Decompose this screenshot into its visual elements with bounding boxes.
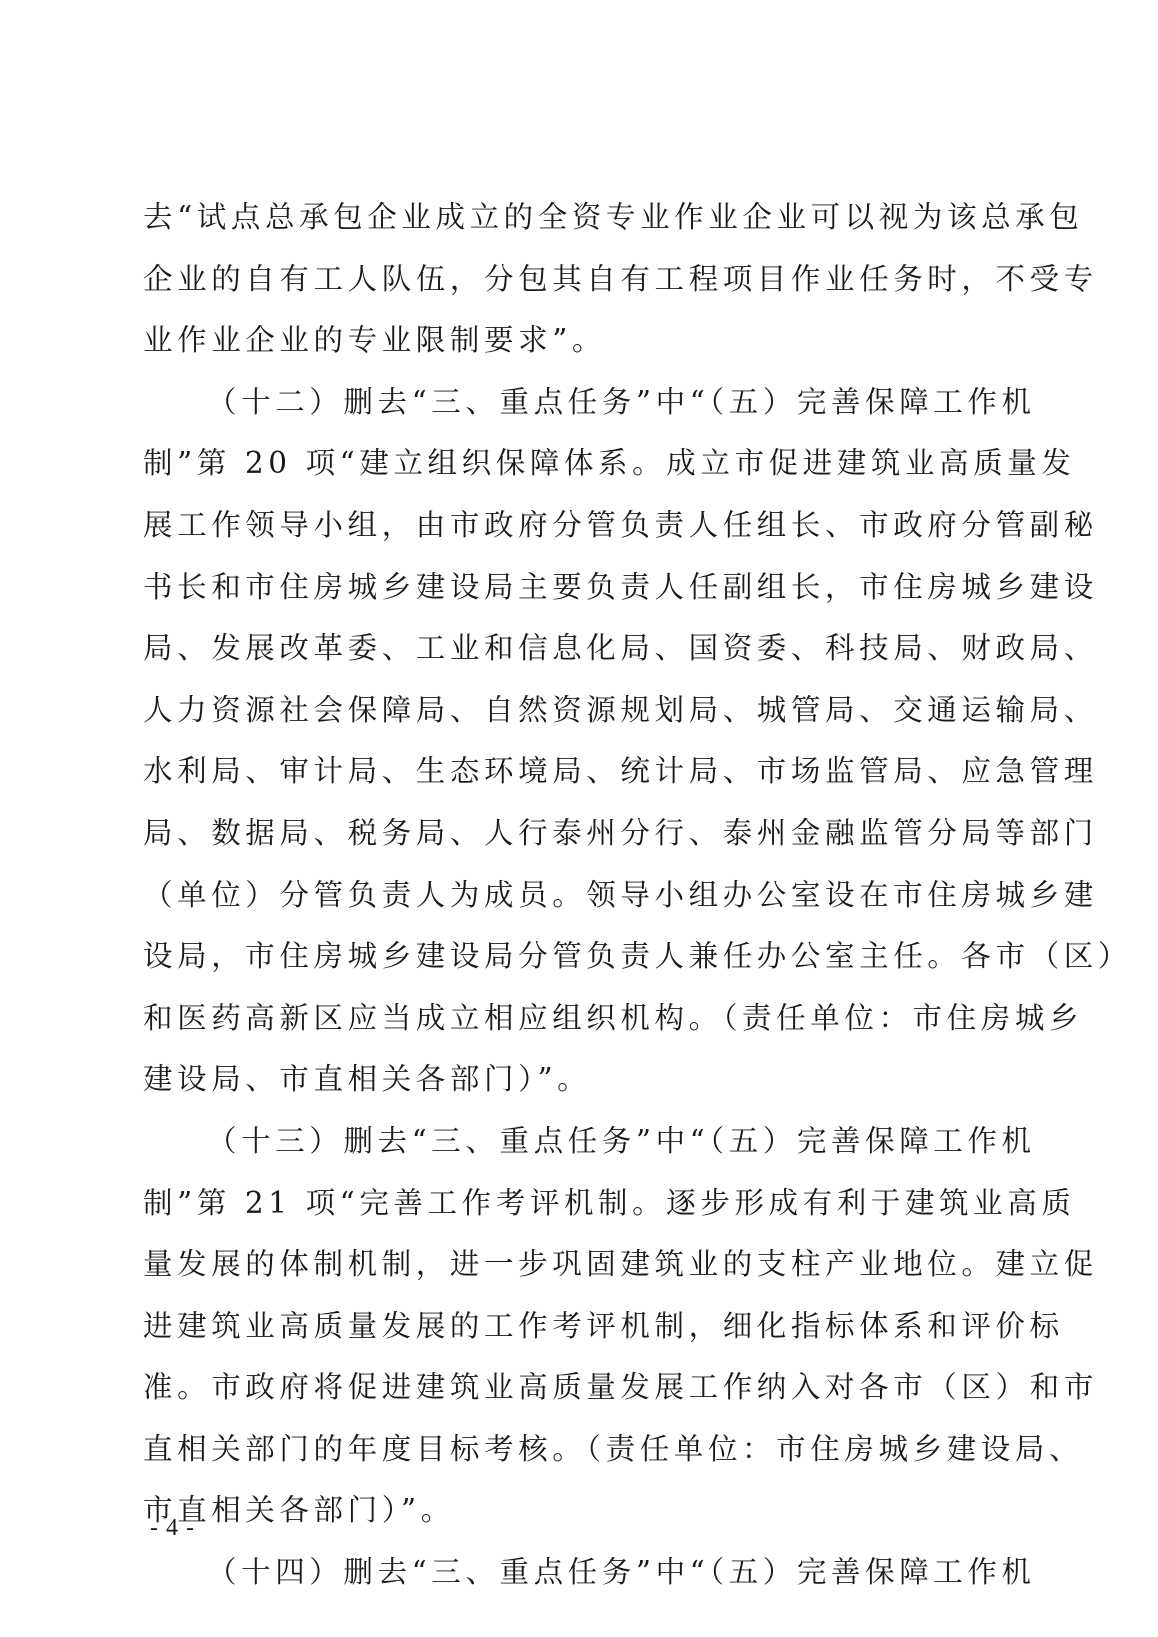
text-line: 和医药高新区应当成立相应组织机构。（责任单位：市住房城乡 bbox=[143, 988, 1013, 1050]
text-line: 人力资源社会保障局、自然资源规划局、城管局、交通运输局、 bbox=[143, 680, 1013, 742]
section-12-heading-line: （十二）删去“三、重点任务”中“（五）完善保障工作机 bbox=[143, 372, 1013, 434]
body-text: 去“试点总承包企业成立的全资专业作业企业可以视为该总承包 企业的自有工人队伍，分… bbox=[143, 187, 1013, 1604]
text-line: 书长和市住房城乡建设局主要负责人任副组长，市住房城乡建设 bbox=[143, 557, 1013, 619]
text-line: 局、发展改革委、工业和信息化局、国资委、科技局、财政局、 bbox=[143, 618, 1013, 680]
text-line: 建设局、市直相关各部门）”。 bbox=[143, 1049, 1013, 1111]
section-14-heading-line: （十四）删去“三、重点任务”中“（五）完善保障工作机 bbox=[143, 1542, 1013, 1604]
text-line: 制”第 20 项“建立组织保障体系。成立市促进建筑业高质量发 bbox=[143, 433, 1013, 495]
text-line: 企业的自有工人队伍，分包其自有工程项目作业任务时，不受专 bbox=[143, 249, 1013, 311]
text-line: 准。市政府将促进建筑业高质量发展工作纳入对各市（区）和市 bbox=[143, 1357, 1013, 1419]
text-line: 展工作领导小组，由市政府分管负责人任组长、市政府分管副秘 bbox=[143, 495, 1013, 557]
text-line: 局、数据局、税务局、人行泰州分行、泰州金融监管分局等部门 bbox=[143, 803, 1013, 865]
page-number: - 4 - bbox=[150, 1515, 195, 1542]
text-line: 制”第 21 项“完善工作考评机制。逐步形成有利于建筑业高质 bbox=[143, 1173, 1013, 1235]
document-page: 去“试点总承包企业成立的全资专业作业企业可以视为该总承包 企业的自有工人队伍，分… bbox=[0, 0, 1158, 1637]
text-line: 量发展的体制机制，进一步巩固建筑业的支柱产业地位。建立促 bbox=[143, 1234, 1013, 1296]
section-13-heading-line: （十三）删去“三、重点任务”中“（五）完善保障工作机 bbox=[143, 1111, 1013, 1173]
text-line: 设局，市住房城乡建设局分管负责人兼任办公室主任。各市（区） bbox=[143, 926, 1013, 988]
text-line: 市直相关各部门）”。 bbox=[143, 1480, 1013, 1542]
text-line: 去“试点总承包企业成立的全资专业作业企业可以视为该总承包 bbox=[143, 187, 1013, 249]
text-line: 直相关部门的年度目标考核。（责任单位：市住房城乡建设局、 bbox=[143, 1419, 1013, 1481]
text-line: 水利局、审计局、生态环境局、统计局、市场监管局、应急管理 bbox=[143, 741, 1013, 803]
text-line: （单位）分管负责人为成员。领导小组办公室设在市住房城乡建 bbox=[143, 865, 1013, 927]
text-line: 进建筑业高质量发展的工作考评机制，细化指标体系和评价标 bbox=[143, 1296, 1013, 1358]
text-line: 业作业企业的专业限制要求”。 bbox=[143, 310, 1013, 372]
